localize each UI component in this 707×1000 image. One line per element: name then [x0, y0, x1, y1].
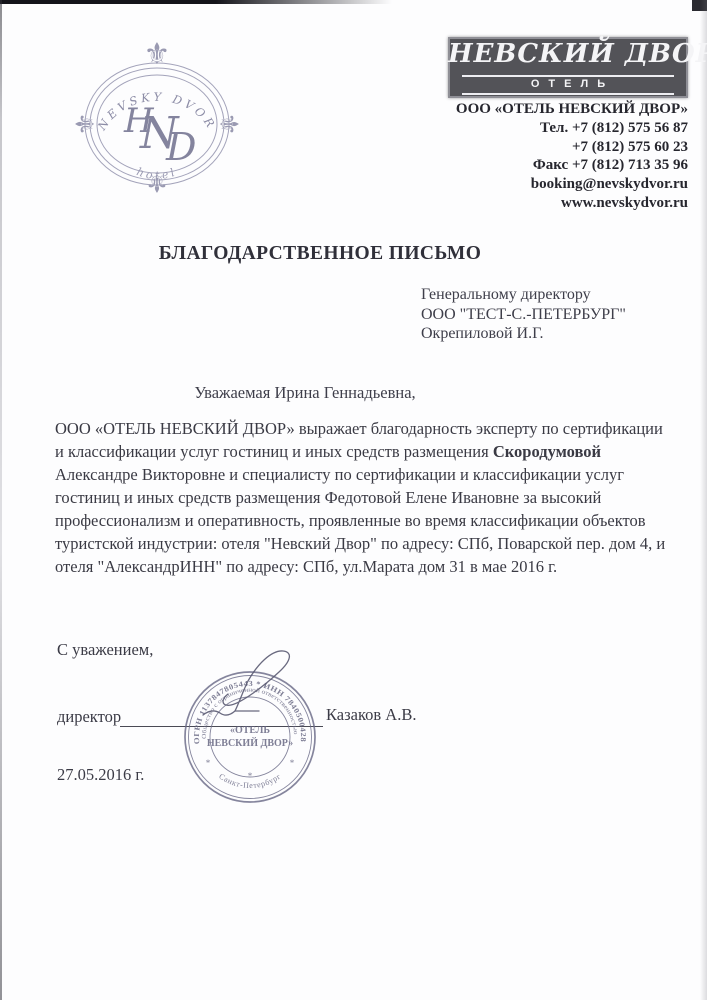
logo-hotel-word: ОТЕЛЬ	[448, 78, 688, 90]
logo-hotel-name: НЕВСКИЙ ДВОР	[448, 39, 688, 69]
recipient-company: ООО "ТЕСТ-С.-ПЕТЕРБУРГ"	[421, 305, 626, 325]
body-line: и классификации услуг гостиниц и иных ср…	[55, 440, 685, 463]
hotel-emblem-logo: ⚜ ⚜ ⚜ ⚜ NEVSKY DVOR hotel H N D	[62, 20, 262, 220]
scanned-letter-page: ⚜ ⚜ ⚜ ⚜ NEVSKY DVOR hotel H N D НЕВСКИЙ …	[0, 0, 707, 1000]
scan-artifact-top	[0, 0, 392, 4]
fleur-top-icon: ⚜	[144, 37, 171, 72]
emblem-monogram: H N D	[123, 101, 196, 169]
svg-text:НЕВСКИЙ ДВОР»: НЕВСКИЙ ДВОР»	[207, 737, 293, 749]
letter-date: 27.05.2016 г.	[57, 765, 144, 785]
salutation: Уважаемая Ирина Геннадьевна,	[0, 383, 610, 403]
body-line: отеля "АлександрИНН" по адресу: СПб, ул.…	[55, 555, 685, 578]
recipient-name: Окрепиловой И.Г.	[421, 324, 626, 344]
signer-role: директор	[57, 707, 121, 727]
letter-title: БЛАГОДАРСТВЕННОЕ ПИСЬМО	[0, 243, 640, 265]
body-line: туристской индустрии: отеля "Невский Дво…	[55, 532, 685, 555]
phone-number-2: +7 (812) 575 60 23	[456, 138, 688, 157]
scan-artifact-right-shade	[700, 0, 707, 1000]
svg-text:*: *	[206, 758, 211, 768]
body-line: ООО «ОТЕЛЬ НЕВСКИЙ ДВОР» выражает благод…	[55, 417, 685, 440]
contact-block: ООО «ОТЕЛЬ НЕВСКИЙ ДВОР» Тел. +7 (812) 5…	[456, 100, 688, 213]
expert-name-bold: Скородумовой	[493, 442, 601, 461]
closing-phrase: С уважением,	[57, 640, 153, 660]
recipient-position: Генеральному директору	[421, 285, 626, 305]
svg-text:*: *	[290, 758, 295, 768]
fax-number: Факс +7 (812) 713 35 96	[456, 156, 688, 175]
body-line: профессионализм и оперативность, проявле…	[55, 509, 685, 532]
logo-divider	[462, 93, 674, 95]
svg-text:*: *	[248, 771, 253, 781]
company-name: ООО «ОТЕЛЬ НЕВСКИЙ ДВОР»	[456, 100, 688, 119]
logo-divider	[462, 75, 674, 77]
svg-text:D: D	[165, 125, 196, 169]
phone-number-1: Тел. +7 (812) 575 56 87	[456, 119, 688, 138]
hotel-logo-box: НЕВСКИЙ ДВОР ОТЕЛЬ	[448, 37, 688, 98]
body-line-part: и классификации услуг гостиниц и иных ср…	[55, 442, 493, 461]
website-url: www.nevskydvor.ru	[456, 194, 688, 213]
signer-name: Казаков А.В.	[326, 705, 416, 725]
scan-artifact-left-edge	[0, 0, 2, 1000]
body-line: Александре Викторовне и специалисту по с…	[55, 463, 685, 486]
recipient-block: Генеральному директору ООО "ТЕСТ-С.-ПЕТЕ…	[421, 285, 626, 344]
email-address: booking@nevskydvor.ru	[456, 175, 688, 194]
letter-body: ООО «ОТЕЛЬ НЕВСКИЙ ДВОР» выражает благод…	[55, 417, 685, 578]
director-signature-ink	[195, 645, 335, 735]
body-line: гостиниц и иных средств размещения Федот…	[55, 486, 685, 509]
